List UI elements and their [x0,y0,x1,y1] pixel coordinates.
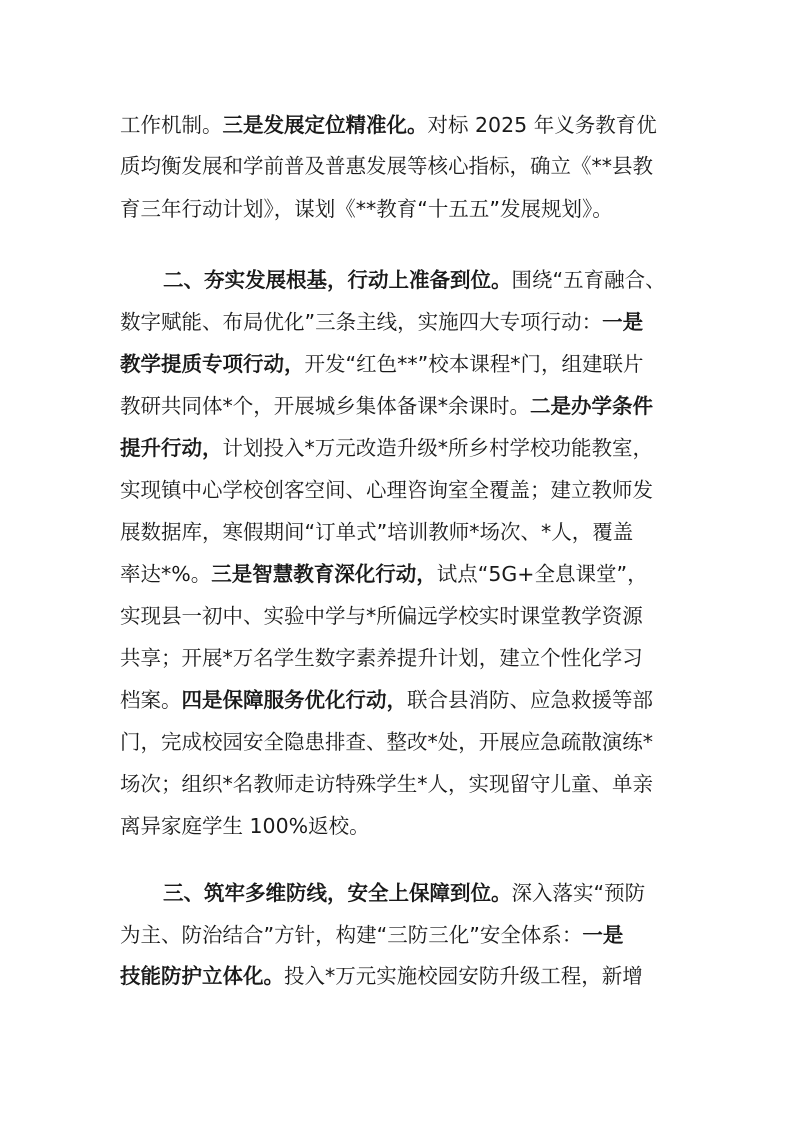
body-text: 门，完成校园安全隐患排查、整改*处，开展应急疏散演练* [120,730,653,754]
bold-heading-text: 二、夯实发展根基，行动上准备到位。 [163,268,512,292]
text-line: 展数据库，寒假期间“订单式”培训教师*场次、*人，覆盖 [120,511,680,553]
body-text: 率达*%。 [120,562,211,586]
text-line: 实现镇中心学校创客空间、心理咨询室全覆盖；建立教师发 [120,469,680,511]
bold-heading-text: 三、筑牢多维防线，安全上保障到位。 [163,881,512,905]
body-text: 展数据库，寒假期间“订单式”培训教师*场次、*人，覆盖 [120,520,633,544]
body-text: 开发“红色**”校本课程*门，组建联片 [305,352,644,376]
bold-heading-text: 提升行动， [120,436,223,460]
body-text: 实现镇中心学校创客空间、心理咨询室全覆盖；建立教师发 [120,478,653,502]
body-text: 育三年行动计划》，谋划《**教育“十五五”发展规划》。 [120,197,613,221]
document-page: 工作机制。三是发展定位精准化。对标 2025 年义务教育优质均衡发展和学前普及普… [0,0,793,1122]
bold-heading-text: 三是发展定位精准化。 [223,113,428,137]
text-line: 离异家庭学生 100%返校。 [120,805,680,847]
body-text: 场次；组织*名教师走访特殊学生*人，实现留守儿童、单亲 [120,772,653,796]
text-line: 提升行动，计划投入*万元改造升级*所乡村学校功能教室， [120,427,680,469]
body-text: 工作机制。 [120,113,223,137]
body-text: 投入*万元实施校园安防升级工程，新增 [284,964,643,988]
bold-heading-text: 教学提质专项行动， [120,352,305,376]
bold-heading-text: 一是 [582,923,623,947]
text-line: 实现县一初中、实验中学与*所偏远学校实时课堂教学资源 [120,595,680,637]
body-text: 为主、防治结合”方针，构建“三防三化”安全体系： [120,923,582,947]
body-text: 数字赋能、布局优化”三条主线，实施四大专项行动： [120,310,602,334]
bold-heading-text: 二是办学条件 [530,394,653,418]
body-text: 质均衡发展和学前普及普惠发展等核心指标，确立《**县教 [120,154,653,178]
text-line: 教学提质专项行动，开发“红色**”校本课程*门，组建联片 [120,343,680,385]
body-text: 计划投入*万元改造升级*所乡村学校功能教室， [223,436,654,460]
text-line: 门，完成校园安全隐患排查、整改*处，开展应急疏散演练* [120,721,680,763]
body-text: 实现县一初中、实验中学与*所偏远学校实时课堂教学资源 [120,604,643,628]
body-text: 离异家庭学生 100%返校。 [120,814,370,838]
bold-heading-text: 一是 [602,310,643,334]
text-line: 三、筑牢多维防线，安全上保障到位。深入落实“预防 [163,872,723,914]
body-text: 深入落实“预防 [512,881,646,905]
bold-heading-text: 三是智慧教育深化行动， [211,562,437,586]
text-line: 场次；组织*名教师走访特殊学生*人，实现留守儿童、单亲 [120,763,680,805]
text-line: 为主、防治结合”方针，构建“三防三化”安全体系：一是 [120,914,680,956]
body-text: 试点“5G+全息课堂”， [437,562,648,586]
text-line: 工作机制。三是发展定位精准化。对标 2025 年义务教育优 [120,104,680,146]
text-line: 育三年行动计划》，谋划《**教育“十五五”发展规划》。 [120,188,680,230]
body-text: 档案。 [120,688,182,712]
text-line: 数字赋能、布局优化”三条主线，实施四大专项行动：一是 [120,301,680,343]
text-line: 率达*%。三是智慧教育深化行动，试点“5G+全息课堂”， [120,553,680,595]
text-line: 教研共同体*个，开展城乡集体备课*余课时。二是办学条件 [120,385,680,427]
body-text: 对标 2025 年义务教育优 [428,113,657,137]
body-text: 教研共同体*个，开展城乡集体备课*余课时。 [120,394,530,418]
bold-heading-text: 四是保障服务优化行动， [182,688,408,712]
body-text: 共享；开展*万名学生数字素养提升计划，建立个性化学习 [120,646,643,670]
text-line: 档案。四是保障服务优化行动，联合县消防、应急救援等部 [120,679,680,721]
text-line: 二、夯实发展根基，行动上准备到位。围绕“五育融合、 [163,259,723,301]
text-line: 质均衡发展和学前普及普惠发展等核心指标，确立《**县教 [120,145,680,187]
text-line: 共享；开展*万名学生数字素养提升计划，建立个性化学习 [120,637,680,679]
text-line: 技能防护立体化。投入*万元实施校园安防升级工程，新增 [120,955,680,997]
bold-heading-text: 技能防护立体化。 [120,964,284,988]
body-text: 围绕“五育融合、 [512,268,666,292]
body-text: 联合县消防、应急救援等部 [407,688,653,712]
